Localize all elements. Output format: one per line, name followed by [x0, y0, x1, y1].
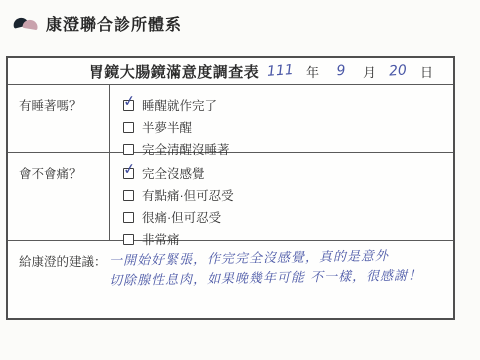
question-row-pain: 會不會痛？ ✓ 完全沒感覺 有點痛·但可忍受 很痛·但可忍受 非常痛: [8, 153, 453, 241]
question-options: ✓ 完全沒感覺 有點痛·但可忍受 很痛·但可忍受 非常痛: [110, 153, 453, 240]
checkmark-icon: ✓: [122, 91, 137, 111]
option-label: 有點痛·但可忍受: [142, 186, 234, 204]
option-label: 完全沒感覺: [142, 164, 205, 182]
checkbox-unchecked[interactable]: [123, 234, 134, 245]
suggestion-label: 給康澄的建議：: [19, 249, 107, 289]
option-label: 睡醒就作完了: [142, 96, 217, 114]
checkbox-unchecked[interactable]: [123, 190, 134, 201]
form-title-row: 胃鏡大腸鏡滿意度調查表 111 年 9 月 20 日: [8, 58, 453, 85]
option-item[interactable]: ✓ 睡醒就作完了: [123, 94, 453, 116]
option-label: 半夢半醒: [142, 118, 192, 136]
suggestion-row: 給康澄的建議： 一開始好緊張，作完完全沒感覺，真的是意外 切除腺性息肉，如果晚幾…: [8, 241, 453, 289]
checkbox-checked[interactable]: ✓: [123, 168, 134, 179]
survey-form: 胃鏡大腸鏡滿意度調查表 111 年 9 月 20 日 有睡著嗎？ ✓ 睡醒就作完…: [6, 56, 455, 320]
date-day-value[interactable]: 20: [387, 62, 408, 79]
date-year-label: 年: [306, 62, 319, 81]
checkbox-unchecked[interactable]: [123, 212, 134, 223]
question-label: 有睡著嗎？: [8, 85, 110, 152]
clinic-logo-icon: [13, 17, 39, 31]
checkbox-checked[interactable]: ✓: [123, 100, 134, 111]
option-label: 非常痛: [142, 230, 180, 248]
option-label: 很痛·但可忍受: [142, 208, 221, 226]
checkbox-unchecked[interactable]: [123, 144, 134, 155]
question-row-sleep: 有睡著嗎？ ✓ 睡醒就作完了 半夢半醒 完全清醒沒睡著: [8, 85, 453, 153]
option-item[interactable]: 半夢半醒: [123, 116, 453, 138]
question-options: ✓ 睡醒就作完了 半夢半醒 完全清醒沒睡著: [110, 85, 453, 152]
option-item[interactable]: 很痛·但可忍受: [123, 206, 453, 228]
date-year-value[interactable]: 111: [267, 62, 295, 80]
question-label: 會不會痛？: [8, 153, 110, 240]
date-month-value[interactable]: 9: [330, 62, 351, 79]
checkmark-icon: ✓: [122, 159, 137, 179]
date-day-label: 日: [420, 62, 433, 81]
suggestion-handwriting[interactable]: 一開始好緊張，作完完全沒感覺，真的是意外 切除腺性息肉，如果晚幾年可能 不一樣，…: [107, 249, 445, 289]
option-item[interactable]: 有點痛·但可忍受: [123, 184, 453, 206]
date-month-label: 月: [363, 62, 376, 81]
form-title: 胃鏡大腸鏡滿意度調查表: [89, 61, 260, 82]
brand-header: 康澄聯合診所體系: [13, 12, 182, 35]
checkbox-unchecked[interactable]: [123, 122, 134, 133]
option-item[interactable]: ✓ 完全沒感覺: [123, 162, 453, 184]
brand-name: 康澄聯合診所體系: [46, 12, 182, 35]
